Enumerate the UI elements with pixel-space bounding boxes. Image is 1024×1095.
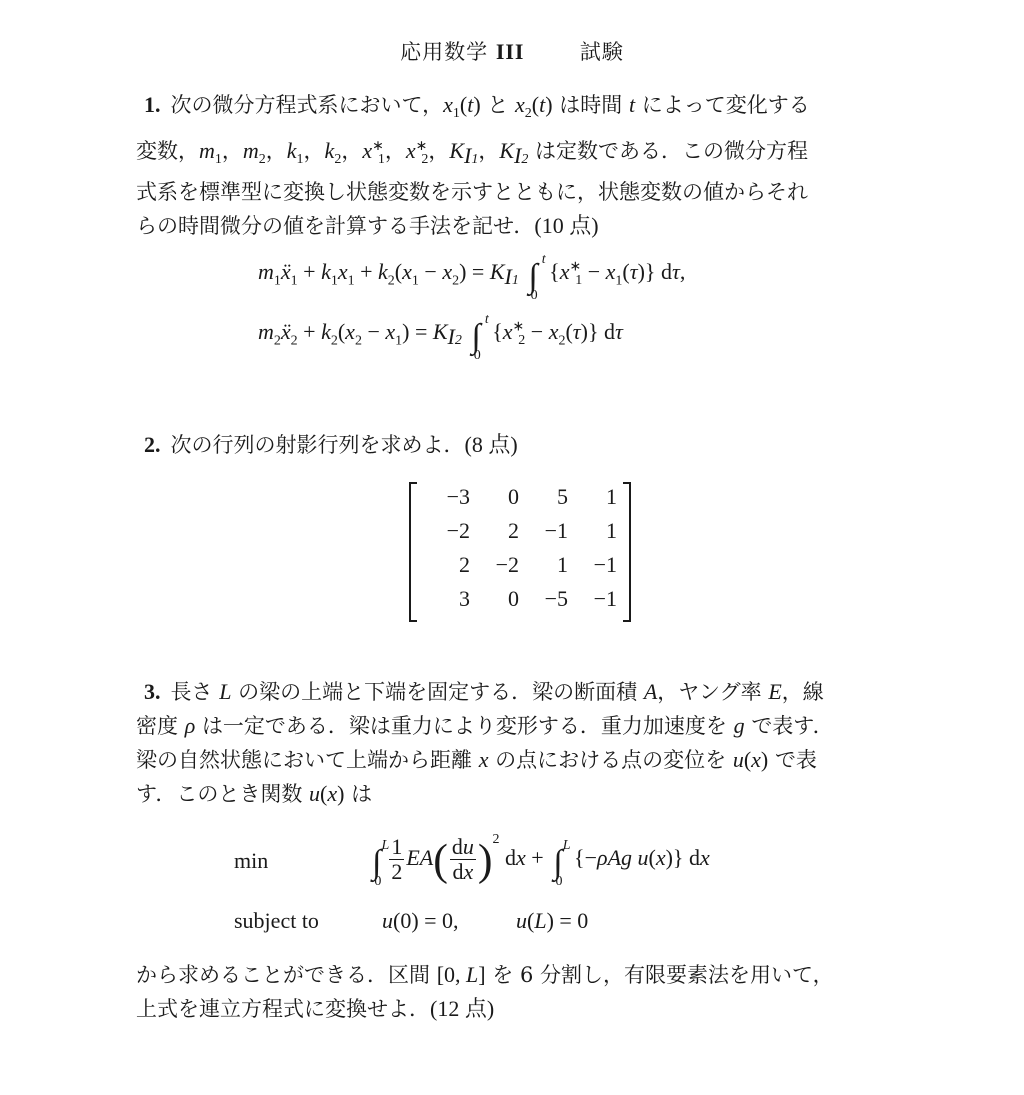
equation-1: m1ẍ1 + k1x1 + k2(x1 − x2) = KI1 ∫t0 {x∗1…	[258, 258, 685, 296]
matrix-cell: 1	[568, 484, 617, 517]
text-segment: の点における点の変位を	[495, 748, 726, 772]
problem-number: 2.	[144, 432, 161, 457]
title-exam-label: 試験	[580, 40, 624, 64]
text-segment: す．このとき関数	[136, 782, 302, 806]
exam-page: 応用数学 III 試験 1.次の微分方程式系において，x1(t) と x2(t)…	[0, 0, 1024, 1095]
matrix-row: 3 0 −5 −1	[421, 586, 617, 619]
text-segment: 上式を連立方程式に変換せよ．	[136, 997, 430, 1021]
matrix-cell: 2	[470, 518, 519, 551]
matrix-cell: −1	[568, 552, 617, 585]
text-segment: ，線	[782, 680, 824, 704]
points-label: (12 点)	[430, 996, 494, 1021]
constraint-label: subject to	[234, 908, 319, 934]
matrix-cell: 0	[470, 484, 519, 517]
text-segment: らの時間微分の値を計算する手法を記せ．	[136, 214, 534, 238]
text-segment: は定数である．この微分方程	[535, 139, 808, 163]
matrix-row: −3 0 5 1	[421, 484, 617, 517]
text-segment: 長さ	[171, 680, 213, 704]
matrix-cell: −1	[568, 586, 617, 619]
text-segment: 次の行列の射影行列を求めよ．	[171, 433, 465, 457]
text-segment: は一定である．梁は重力により変形する．重力加速度を	[202, 714, 727, 738]
points-label: (8 点)	[465, 432, 518, 457]
text-segment: から求めることができる．区間	[136, 963, 430, 987]
matrix-cell: 5	[519, 484, 568, 517]
equation-2: m2ẍ2 + k2(x2 − x1) = KI2 ∫t0 {x∗2 − x2(τ…	[258, 318, 623, 356]
matrix-cell: −2	[470, 552, 519, 585]
problem-number: 1.	[144, 92, 161, 117]
text-segment: 梁の自然状態において上端から距離	[136, 748, 472, 772]
points-label: (10 点)	[534, 213, 598, 238]
text-segment: 密度	[136, 714, 178, 738]
text-segment: によって変化する	[642, 93, 810, 117]
matrix-cell: −5	[519, 586, 568, 619]
matrix-cell: 1	[568, 518, 617, 551]
left-bracket	[409, 482, 417, 622]
matrix-cell: −1	[519, 518, 568, 551]
matrix-cell: 2	[421, 552, 470, 585]
text-segment: で表す．	[751, 714, 833, 738]
matrix-row: 2 −2 1 −1	[421, 552, 617, 585]
text-segment: 次の微分方程式系において，	[171, 93, 444, 117]
exam-title: 応用数学 III 試験	[0, 36, 1024, 66]
text-segment: と	[487, 93, 508, 117]
text-segment: を 6 分割し，有限要素法を用いて，	[492, 963, 833, 987]
text-segment: 変数，	[136, 139, 199, 163]
matrix-row: −2 2 −1 1	[421, 518, 617, 551]
problem-3-conclusion: から求めることができる．区間 [0, L] を 6 分割し，有限要素法を用いて，…	[136, 958, 910, 1026]
text-segment: は	[351, 782, 372, 806]
problem-1-text: 1.次の微分方程式系において，x1(t) と x2(t) は時間 t によって変…	[136, 88, 910, 243]
title-roman-numeral: III	[496, 39, 525, 64]
text-segment: で表	[775, 748, 817, 772]
text-segment: 式系を標準型に変換し状態変数を示すとともに，状態変数の値からそれ	[136, 180, 808, 204]
matrix-cell: 1	[519, 552, 568, 585]
matrix-cell: 0	[470, 586, 519, 619]
constraint-2: u(L) = 0	[516, 908, 588, 934]
problem-number: 3.	[144, 679, 161, 704]
objective-label: min	[234, 848, 268, 874]
matrix-cell: −3	[421, 484, 470, 517]
text-segment: の梁の上端と下端を固定する．梁の断面積	[238, 680, 637, 704]
text-segment: は時間	[559, 93, 622, 117]
matrix-cell: −2	[421, 518, 470, 551]
right-bracket	[623, 482, 631, 622]
matrix-cell: 3	[421, 586, 470, 619]
matrix: −3 0 5 1 −2 2 −1 1 2 −2 1 −1 3 0 −5 −1	[409, 482, 631, 620]
text-segment: ，ヤング率	[657, 680, 761, 704]
title-subject: 応用数学	[400, 40, 488, 64]
problem-2-text: 2.次の行列の射影行列を求めよ．(8 点)	[136, 428, 910, 462]
problem-3-text: 3.長さ L の梁の上端と下端を固定する．梁の断面積 A，ヤング率 E，線 密度…	[136, 675, 910, 811]
constraint-1: u(0) = 0,	[382, 908, 459, 934]
objective-function: ∫L012EA(dudx)2 dx + ∫L0 {−ρAg u(x)} dx	[368, 832, 710, 885]
